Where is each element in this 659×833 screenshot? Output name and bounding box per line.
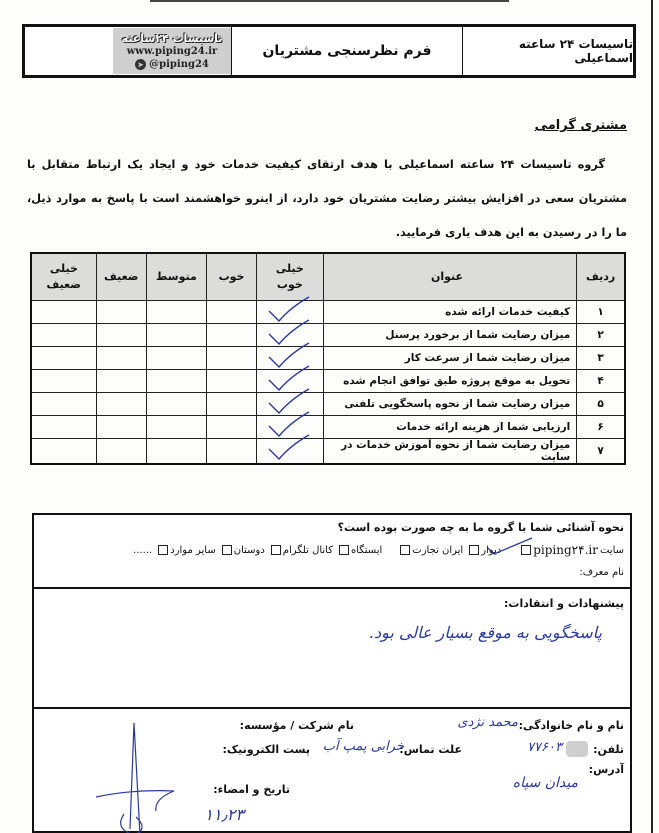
table-row: ۲میزان رضایت شما از برخورد پرسنل bbox=[31, 324, 625, 347]
row-title: میزان رضایت شما از برخورد پرسنل bbox=[323, 324, 577, 347]
rating-cell-good[interactable] bbox=[207, 439, 257, 465]
row-number: ۲ bbox=[577, 324, 625, 347]
form-header: تاسیسات ۲۴ ساعته اسماعیلی فرم نظرسنجی مش… bbox=[22, 24, 636, 78]
row-title: تحویل به موقع پروژه طبق توافق انجام شده bbox=[323, 370, 577, 393]
rating-cell-very-weak[interactable] bbox=[31, 416, 96, 439]
row-number: ۱ bbox=[577, 301, 625, 324]
header-title: عنوان bbox=[323, 253, 577, 301]
acquaintance-question: نحوه آشنائی شما با گروه ما به چه صورت بو… bbox=[338, 521, 624, 534]
option-other[interactable]: سایر موارد bbox=[158, 545, 216, 556]
option-telegram-channel[interactable]: کانال تلگرام bbox=[271, 545, 333, 556]
checkbox-iran-tejarat[interactable] bbox=[400, 545, 410, 555]
rating-cell-average[interactable] bbox=[146, 439, 206, 465]
rating-cell-weak[interactable] bbox=[96, 324, 146, 347]
check-mark-icon bbox=[486, 536, 536, 558]
reason-label: علت تماس: bbox=[399, 743, 462, 756]
rating-cell-good[interactable] bbox=[207, 416, 257, 439]
rating-cell-average[interactable] bbox=[146, 301, 206, 324]
rating-cell-good[interactable] bbox=[207, 347, 257, 370]
address-label: آدرس: bbox=[589, 763, 624, 776]
rating-cell-average[interactable] bbox=[146, 416, 206, 439]
intro-text: گروه تاسیسات ۲۴ ساعته اسماعیلی با هدف ار… bbox=[27, 158, 627, 239]
telegram-icon: ➤ bbox=[135, 59, 146, 70]
rating-cell-very-weak[interactable] bbox=[31, 324, 96, 347]
form-title: فرم نظرسنجی مشتریان bbox=[231, 27, 462, 75]
rating-cell-very-weak[interactable] bbox=[31, 393, 96, 416]
checkbox-station[interactable] bbox=[339, 545, 349, 555]
date-sign-label: تاریخ و امضاء: bbox=[213, 783, 290, 796]
name-value[interactable]: محمد نژدی bbox=[457, 715, 518, 730]
option-iran-tejarat[interactable]: ایران تجارت bbox=[400, 545, 463, 556]
option-station[interactable]: ایستگاه bbox=[339, 545, 382, 556]
company-logo: تاسیسات ۲۴ساعته www.piping24.ir ➤ @pipin… bbox=[113, 28, 231, 74]
rating-cell-good[interactable] bbox=[207, 370, 257, 393]
customer-form: نحوه آشنائی شما با گروه ما به چه صورت بو… bbox=[32, 513, 632, 833]
suggestions-section: پیشنهادات و انتقادات: پاسخگویی به موقع ب… bbox=[34, 589, 630, 709]
rating-cell-very-weak[interactable] bbox=[31, 439, 96, 465]
checkbox-divar[interactable] bbox=[469, 545, 479, 555]
rating-cell-weak[interactable] bbox=[96, 347, 146, 370]
rating-cell-average[interactable] bbox=[146, 347, 206, 370]
header-good: خوب bbox=[207, 253, 257, 301]
name-label: نام و نام خانوادگی: bbox=[519, 719, 624, 732]
rating-cell-very-weak[interactable] bbox=[31, 347, 96, 370]
acquaintance-options: سایت piping۲۴.ir دیوار ایران تجارت ایستگ… bbox=[133, 543, 624, 557]
scan-edge bbox=[150, 0, 509, 2]
header-average: متوسط bbox=[146, 253, 206, 301]
row-title: میزان رضایت شما از نحوه آموزش خدمات در س… bbox=[323, 439, 577, 465]
table-row: ۶ارزیابی شما از هزینه ارائه خدمات bbox=[31, 416, 625, 439]
logo-cell: تاسیسات ۲۴ساعته www.piping24.ir ➤ @pipin… bbox=[25, 27, 231, 75]
rating-cell-good[interactable] bbox=[207, 324, 257, 347]
rating-cell-weak[interactable] bbox=[96, 301, 146, 324]
redacted-phone-digits bbox=[566, 741, 588, 757]
rating-cell-very-good[interactable] bbox=[256, 439, 323, 465]
acquaintance-section: نحوه آشنائی شما با گروه ما به چه صورت بو… bbox=[34, 515, 630, 589]
rating-cell-very-weak[interactable] bbox=[31, 301, 96, 324]
customer-info-section: نام و نام خانوادگی: محمد نژدی نام شرکت /… bbox=[34, 709, 630, 833]
checkbox-friends[interactable] bbox=[222, 545, 232, 555]
address-value[interactable]: میدان سپاه bbox=[513, 775, 578, 791]
row-number: ۵ bbox=[577, 393, 625, 416]
logo-website: www.piping24.ir bbox=[127, 45, 218, 58]
suggestions-label: پیشنهادات و انتقادات: bbox=[504, 597, 624, 610]
table-row: ۱کیفیت خدمات ارائه شده bbox=[31, 301, 625, 324]
suggestions-value[interactable]: پاسخگویی به موقع بسیار عالی بود. bbox=[369, 623, 602, 642]
row-number: ۴ bbox=[577, 370, 625, 393]
company-label: نام شرکت / مؤسسه: bbox=[240, 719, 354, 732]
rating-header-row: ردیف عنوان خیلی خوب خوب متوسط ضعیف خیلی … bbox=[31, 253, 625, 301]
company-name: تاسیسات ۲۴ ساعته اسماعیلی bbox=[462, 27, 633, 75]
rating-cell-weak[interactable] bbox=[96, 416, 146, 439]
row-title: میزان رضایت شما از نحوه پاسخگویی تلفنی bbox=[323, 393, 577, 416]
header-very-weak: خیلی ضعیف bbox=[31, 253, 96, 301]
phone-value[interactable]: ۷۷۶۰۳ bbox=[527, 740, 562, 755]
rating-cell-weak[interactable] bbox=[96, 370, 146, 393]
checkbox-other[interactable] bbox=[158, 545, 168, 555]
checkbox-telegram-channel[interactable] bbox=[271, 545, 281, 555]
reason-value[interactable]: خرابی پمپ آب bbox=[323, 739, 404, 754]
greeting: مشتری گرامی bbox=[535, 118, 627, 133]
page-edge bbox=[651, 0, 653, 833]
option-friends[interactable]: دوستان bbox=[222, 545, 265, 556]
logo-line-1: تاسیسات ۲۴ساعته bbox=[122, 32, 223, 45]
header-weak: ضعیف bbox=[96, 253, 146, 301]
referrer-label: نام معرف: bbox=[579, 567, 624, 578]
table-row: ۵میزان رضایت شما از نحوه پاسخگویی تلفنی bbox=[31, 393, 625, 416]
header-row-number: ردیف bbox=[577, 253, 625, 301]
email-label: پست الکترونیک: bbox=[222, 743, 310, 756]
row-number: ۶ bbox=[577, 416, 625, 439]
intro-paragraph: گروه تاسیسات ۲۴ ساعته اسماعیلی با هدف ار… bbox=[27, 148, 627, 250]
row-title: میزان رضایت شما از سرعت کار bbox=[323, 347, 577, 370]
check-mark-icon bbox=[265, 433, 311, 461]
table-row: ۳میزان رضایت شما از سرعت کار bbox=[31, 347, 625, 370]
logo-telegram-handle: @piping24 bbox=[149, 58, 209, 71]
row-number: ۷ bbox=[577, 439, 625, 465]
phone-label: تلفن: bbox=[593, 743, 624, 756]
table-row: ۷میزان رضایت شما از نحوه آموزش خدمات در … bbox=[31, 439, 625, 465]
date-value[interactable]: ۱۱٫۲۳ bbox=[204, 805, 244, 824]
other-blank[interactable]: ...... bbox=[133, 545, 152, 556]
rating-cell-average[interactable] bbox=[146, 393, 206, 416]
rating-cell-average[interactable] bbox=[146, 370, 206, 393]
table-row: ۴تحویل به موقع پروژه طبق توافق انجام شده bbox=[31, 370, 625, 393]
rating-cell-good[interactable] bbox=[207, 393, 257, 416]
rating-cell-very-weak[interactable] bbox=[31, 370, 96, 393]
row-number: ۳ bbox=[577, 347, 625, 370]
rating-table: ردیف عنوان خیلی خوب خوب متوسط ضعیف خیلی … bbox=[30, 252, 626, 465]
rating-cell-weak[interactable] bbox=[96, 393, 146, 416]
checkbox-website[interactable] bbox=[521, 545, 531, 555]
logo-telegram: ➤ @piping24 bbox=[135, 58, 209, 71]
signature-icon bbox=[94, 719, 204, 833]
website-name: piping۲۴.ir bbox=[533, 543, 598, 557]
row-title: کیفیت خدمات ارائه شده bbox=[323, 301, 577, 324]
rating-cell-average[interactable] bbox=[146, 324, 206, 347]
rating-cell-weak[interactable] bbox=[96, 439, 146, 465]
rating-cell-good[interactable] bbox=[207, 301, 257, 324]
row-title: ارزیابی شما از هزینه ارائه خدمات bbox=[323, 416, 577, 439]
header-very-good: خیلی خوب bbox=[256, 253, 323, 301]
option-website[interactable]: سایت piping۲۴.ir bbox=[521, 543, 624, 557]
